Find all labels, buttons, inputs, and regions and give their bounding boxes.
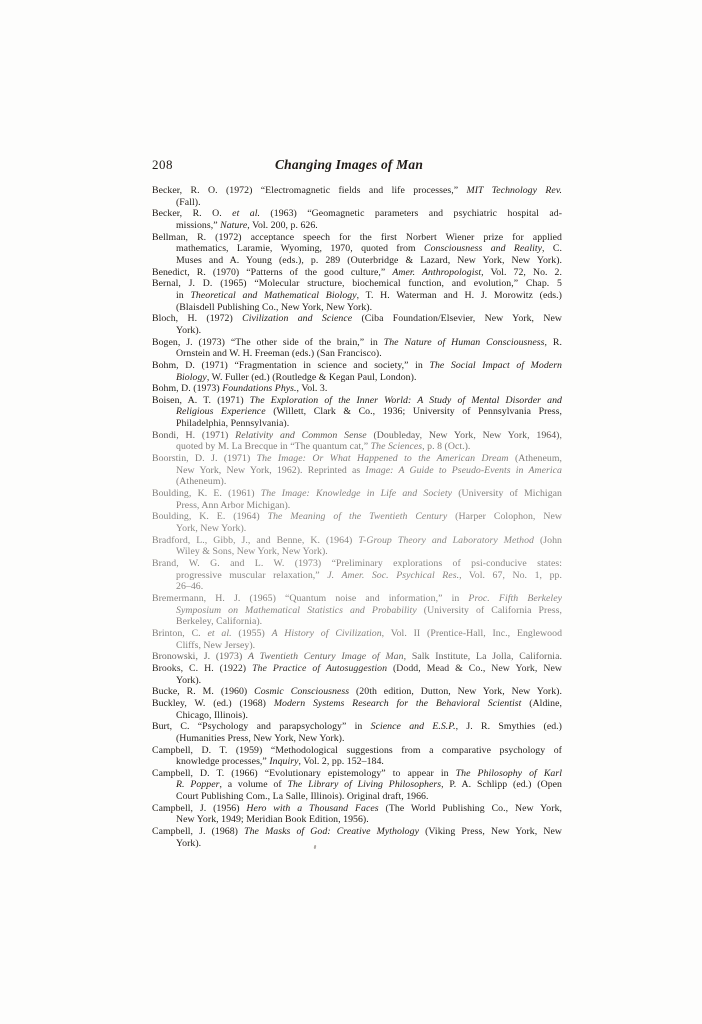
reference-line: in Theoretical and Mathematical Biology,… xyxy=(152,290,562,302)
reference-text-segment: Burt, C. “Psychology and parapsychology”… xyxy=(152,721,371,732)
reference-line: Press, Ann Arbor Michigan). xyxy=(152,500,562,512)
reference-text-segment: Brooks, C. H. (1922) xyxy=(152,663,252,674)
reference-text-segment: , Vol. 3. xyxy=(297,383,328,394)
reference-line: R. Popper, a volume of The Library of Li… xyxy=(152,779,562,791)
reference-text-segment: , Vol. 2, pp. 152–184. xyxy=(299,756,384,767)
reference-line: Brooks, C. H. (1922) The Practice of Aut… xyxy=(152,663,562,675)
reference-title-segment: The Social Impact of Modern xyxy=(429,360,562,371)
reference-text-segment: Chicago, Illinois). xyxy=(176,710,248,721)
reference-line: Bogen, J. (1973) “The other side of the … xyxy=(152,337,562,349)
reference-text-segment: Benedict, R. (1970) “Patterns of the goo… xyxy=(152,267,392,278)
reference-line: Bohm, D. (1971) “Fragmentation in scienc… xyxy=(152,360,562,372)
reference-text-segment: Bremermann, H. J. (1965) “Quantum noise … xyxy=(152,593,468,604)
reference-text-segment: in xyxy=(176,290,190,301)
reference-line: Bradford, L., Gibb, J., and Benne, K. (1… xyxy=(152,535,562,547)
reference-text-segment: Ornstein and W. H. Freeman (eds.) (San F… xyxy=(176,348,382,359)
reference-line: New York, 1949; Meridian Book Edition, 1… xyxy=(152,814,562,826)
reference-text-segment: Berkeley, California). xyxy=(176,616,262,627)
reference-text-segment: (Ciba Foundation/Elsevier, New York, New xyxy=(352,313,562,324)
reference-title-segment: The Exploration of the Inner World: A St… xyxy=(250,395,562,406)
page-header: 208 Changing Images of Man xyxy=(152,157,562,173)
reference-title-segment: Amer. Anthropologist xyxy=(392,267,481,278)
reference-text-segment: quoted by M. La Brecque in “The quantum … xyxy=(176,441,371,452)
reference-text-segment: New York, New York, 1962). Reprinted as xyxy=(176,465,365,476)
reference-text-segment: Brinton, C. xyxy=(152,628,207,639)
reference-text-segment: knowledge processes,” xyxy=(176,756,269,767)
reference-text-segment: York). xyxy=(176,325,201,336)
reference-text-segment: Bohm, D. (1971) “Fragmentation in scienc… xyxy=(152,360,429,371)
reference-line: 26–46. xyxy=(152,581,562,593)
reference-text-segment: Philadelphia, Pennsylvania). xyxy=(176,418,289,429)
reference-text-segment: Cliffs, New Jersey). xyxy=(176,640,255,651)
reference-text-segment: , Salk Institute, La Jolla, California. xyxy=(404,651,562,662)
reference-line: Chicago, Illinois). xyxy=(152,710,562,722)
reference-title-segment: The Meaning of the Twentieth Century xyxy=(268,511,448,522)
reference-line: Biology, W. Fuller (ed.) (Routledge & Ke… xyxy=(152,372,562,384)
reference-text-segment: 26–46. xyxy=(176,581,203,592)
reference-text-segment: Campbell, D. T. (1966) “Evolutionary epi… xyxy=(152,768,456,779)
reference-line: Burt, C. “Psychology and parapsychology”… xyxy=(152,721,562,733)
reference-line: Bremermann, H. J. (1965) “Quantum noise … xyxy=(152,593,562,605)
reference-line: Brand, W. G. and L. W. (1973) “Prelimina… xyxy=(152,558,562,570)
reference-line: York). xyxy=(152,838,562,850)
reference-text-segment: York, New York). xyxy=(176,523,246,534)
reference-text-segment: Buckley, W. (ed.) (1968) xyxy=(152,698,274,709)
reference-line: Buckley, W. (ed.) (1968) Modern Systems … xyxy=(152,698,562,710)
reference-text-segment: Press, Ann Arbor Michigan). xyxy=(176,500,290,511)
reference-title-segment: Symposium on Mathematical Statistics and… xyxy=(176,605,417,616)
reference-title-segment: The Image: Knowledge in Life and Society xyxy=(261,488,452,499)
reference-line: York). xyxy=(152,675,562,687)
reference-text-segment: (Aldine, xyxy=(521,698,562,709)
reference-title-segment: Biology xyxy=(176,372,207,383)
reference-line: New York, New York, 1962). Reprinted as … xyxy=(152,465,562,477)
reference-title-segment: The Nature of Human Consciousness xyxy=(384,337,545,348)
reference-line: missions,” Nature, Vol. 200, p. 626. xyxy=(152,220,562,232)
reference-text-segment: (The World Publishing Co., New York, xyxy=(379,803,562,814)
reference-text-segment: (Blaisdell Publishing Co., New York, New… xyxy=(176,302,372,313)
reference-text-segment: Bellman, R. (1972) acceptance speech for… xyxy=(152,232,562,243)
reference-text-segment: (Atheneum). xyxy=(176,476,226,487)
reference-text-segment: progressive muscular relaxation,” xyxy=(176,570,327,581)
reference-text-segment: Boisen, A. T. (1971) xyxy=(152,395,250,406)
reference-line: (Blaisdell Publishing Co., New York, New… xyxy=(152,302,562,314)
reference-text-segment: , p. 8 (Oct.). xyxy=(422,441,470,452)
reference-line: Campbell, J. (1968) The Masks of God: Cr… xyxy=(152,826,562,838)
reference-text-segment: Bogen, J. (1973) “The other side of the … xyxy=(152,337,384,348)
reference-line: Becker, R. O. (1972) “Electromagnetic fi… xyxy=(152,185,562,197)
reference-title-segment: Inquiry xyxy=(269,756,298,767)
reference-text-segment: Campbell, J. (1956) xyxy=(152,803,246,814)
reference-line: (Humanities Press, New York, New York). xyxy=(152,733,562,745)
reference-line: Boulding, K. E. (1964) The Meaning of th… xyxy=(152,511,562,523)
reference-text-segment: , W. Fuller (ed.) (Routledge & Kegan Pau… xyxy=(207,372,417,383)
reference-title-segment: A Twentieth Century Image of Man xyxy=(248,651,404,662)
reference-line: Bronowski, J. (1973) A Twentieth Century… xyxy=(152,651,562,663)
reference-line: Campbell, J. (1956) Hero with a Thousand… xyxy=(152,803,562,815)
reference-title-segment: Civilization and Science xyxy=(242,313,352,324)
reference-line: Symposium on Mathematical Statistics and… xyxy=(152,605,562,617)
reference-title-segment: Proc. Fifth Berkeley xyxy=(468,593,562,604)
reference-text-segment: Muses and A. Young (eds.), p. 289 (Outer… xyxy=(176,255,562,266)
references-list: Becker, R. O. (1972) “Electromagnetic fi… xyxy=(152,185,562,849)
reference-text-segment: , Vol. 72, No. 2. xyxy=(481,267,562,278)
reference-line: York, New York). xyxy=(152,523,562,535)
reference-line: Philadelphia, Pennsylvania). xyxy=(152,418,562,430)
reference-line: Brinton, C. et al. (1955) A History of C… xyxy=(152,628,562,640)
reference-line: Bucke, R. M. (1960) Cosmic Consciousness… xyxy=(152,686,562,698)
reference-text-segment: (University of California Press, xyxy=(417,605,562,616)
reference-line: York). xyxy=(152,325,562,337)
reference-text-segment: (Humanities Press, New York, New York). xyxy=(176,733,345,744)
reference-title-segment: Science and E.S.P. xyxy=(371,721,456,732)
reference-title-segment: Cosmic Consciousness xyxy=(254,686,349,697)
reference-text-segment: Brand, W. G. and L. W. (1973) “Prelimina… xyxy=(152,558,562,569)
reference-line: Campbell, D. T. (1966) “Evolutionary epi… xyxy=(152,768,562,780)
reference-text-segment: , J. R. Smythies (ed.) xyxy=(456,721,562,732)
reference-line: Ornstein and W. H. Freeman (eds.) (San F… xyxy=(152,348,562,360)
reference-text-segment: (Atheneum, xyxy=(509,453,562,464)
reference-title-segment: Religious Experience xyxy=(176,406,266,417)
reference-text-segment: (1955) xyxy=(232,628,272,639)
reference-title-segment: The Philosophy of Karl xyxy=(456,768,562,779)
reference-line: mathematics, Laramie, Wyoming, 1970, quo… xyxy=(152,243,562,255)
reference-line: Court Publishing Com., La Salle, Illinoi… xyxy=(152,791,562,803)
reference-text-segment: Becker, R. O. xyxy=(152,208,232,219)
reference-text-segment: (20th edition, Dutton, New York, New Yor… xyxy=(349,686,562,697)
reference-title-segment: The Masks of God: Creative Mythology xyxy=(244,826,419,837)
reference-text-segment: York). xyxy=(176,675,201,686)
reference-line: Boisen, A. T. (1971) The Exploration of … xyxy=(152,395,562,407)
reference-text-segment: Bondi, H. (1971) xyxy=(152,430,235,441)
reference-text-segment: Bucke, R. M. (1960) xyxy=(152,686,254,697)
reference-line: Campbell, D. T. (1959) “Methodological s… xyxy=(152,745,562,757)
reference-line: quoted by M. La Brecque in “The quantum … xyxy=(152,441,562,453)
reference-text-segment: Boulding, K. E. (1964) xyxy=(152,511,268,522)
reference-title-segment: A History of Civilization xyxy=(272,628,382,639)
reference-title-segment: et al. xyxy=(232,208,260,219)
reference-text-segment: , C. xyxy=(542,243,562,254)
reference-line: progressive muscular relaxation,” J. Ame… xyxy=(152,570,562,582)
reference-line: Benedict, R. (1970) “Patterns of the goo… xyxy=(152,267,562,279)
reference-title-segment: R. Popper xyxy=(176,779,219,790)
reference-line: Boulding, K. E. (1961) The Image: Knowle… xyxy=(152,488,562,500)
reference-text-segment: (Willett, Clark & Co., 1936; University … xyxy=(266,406,562,417)
reference-text-segment: Bloch, H. (1972) xyxy=(152,313,242,324)
reference-text-segment: Court Publishing Com., La Salle, Illinoi… xyxy=(176,791,429,802)
reference-title-segment: Foundations Phys. xyxy=(222,383,296,394)
reference-text-segment: , T. H. Waterman and H. J. Morowitz (eds… xyxy=(357,290,562,301)
reference-line: knowledge processes,” Inquiry, Vol. 2, p… xyxy=(152,756,562,768)
reference-title-segment: The Library of Living Philosophers xyxy=(287,779,441,790)
reference-text-segment: Bronowski, J. (1973) xyxy=(152,651,248,662)
reference-line: Bloch, H. (1972) Civilization and Scienc… xyxy=(152,313,562,325)
reference-title-segment: J. Amer. Soc. Psychical Res. xyxy=(327,570,459,581)
reference-text-segment: (1963) “Geomagnetic parameters and psych… xyxy=(260,208,562,219)
reference-line: (Fall). xyxy=(152,197,562,209)
reference-text-segment: (Dodd, Mead & Co., New York, New xyxy=(387,663,562,674)
reference-line: Bernal, J. D. (1965) “Molecular structur… xyxy=(152,278,562,290)
reference-title-segment: Consciousness and Reality xyxy=(424,243,542,254)
reference-title-segment: The Sciences xyxy=(371,441,422,452)
reference-title-segment: et al. xyxy=(207,628,231,639)
reference-title-segment: MIT Technology Rev. xyxy=(466,185,562,196)
running-title: Changing Images of Man xyxy=(144,157,554,172)
reference-line: Becker, R. O. et al. (1963) “Geomagnetic… xyxy=(152,208,562,220)
reference-line: Muses and A. Young (eds.), p. 289 (Outer… xyxy=(152,255,562,267)
reference-text-segment: , Vol. II (Prentice-Hall, Inc., Englewoo… xyxy=(382,628,562,639)
reference-text-segment: Bradford, L., Gibb, J., and Benne, K. (1… xyxy=(152,535,358,546)
reference-title-segment: Nature xyxy=(220,220,247,231)
reference-text-segment: (University of Michigan xyxy=(452,488,562,499)
reference-text-segment: Boorstin, D. J. (1971) xyxy=(152,453,257,464)
reference-text-segment: (Viking Press, New York, New xyxy=(419,826,562,837)
reference-text-segment: Campbell, D. T. (1959) “Methodological s… xyxy=(152,745,562,756)
reference-text-segment: Bohm, D. (1973) xyxy=(152,383,222,394)
reference-text-segment: (Harper Colophon, New xyxy=(447,511,562,522)
reference-text-segment: (Doubleday, New York, New York, 1964), xyxy=(367,430,562,441)
reference-text-segment: Becker, R. O. (1972) “Electromagnetic fi… xyxy=(152,185,466,196)
reference-text-segment: missions,” xyxy=(176,220,220,231)
reference-line: Boorstin, D. J. (1971) The Image: Or Wha… xyxy=(152,453,562,465)
reference-text-segment: Boulding, K. E. (1961) xyxy=(152,488,261,499)
scanned-book-page: 208 Changing Images of Man Becker, R. O.… xyxy=(0,0,702,1024)
reference-line: Cliffs, New Jersey). xyxy=(152,640,562,652)
reference-line: Wiley & Sons, New York, New York). xyxy=(152,546,562,558)
reference-title-segment: The Practice of Autosuggestion xyxy=(252,663,387,674)
reference-line: Religious Experience (Willett, Clark & C… xyxy=(152,406,562,418)
reference-title-segment: T-Group Theory and Laboratory Method xyxy=(358,535,534,546)
reference-text-segment: , a volume of xyxy=(219,779,287,790)
reference-text-segment: Campbell, J. (1968) xyxy=(152,826,244,837)
reference-text-segment: , Vol. 200, p. 626. xyxy=(247,220,318,231)
reference-title-segment: Theoretical and Mathematical Biology xyxy=(190,290,356,301)
reference-line: Bondi, H. (1971) Relativity and Common S… xyxy=(152,430,562,442)
reference-text-segment: New York, 1949; Meridian Book Edition, 1… xyxy=(176,814,369,825)
reference-line: Berkeley, California). xyxy=(152,616,562,628)
reference-text-segment: Wiley & Sons, New York, New York). xyxy=(176,546,328,557)
reference-text-segment: Bernal, J. D. (1965) “Molecular structur… xyxy=(152,278,562,289)
reference-line: (Atheneum). xyxy=(152,476,562,488)
reference-text-segment: , Vol. 67, No. 1, pp. xyxy=(459,570,562,581)
reference-text-segment: (John xyxy=(534,535,562,546)
reference-text-segment: mathematics, Laramie, Wyoming, 1970, quo… xyxy=(176,243,424,254)
reference-text-segment: York). xyxy=(176,838,201,849)
reference-text-segment: , R. xyxy=(545,337,563,348)
reference-title-segment: Image: A Guide to Pseudo-Events in Ameri… xyxy=(365,465,562,476)
reference-title-segment: Relativity and Common Sense xyxy=(235,430,367,441)
reference-title-segment: Hero with a Thousand Faces xyxy=(246,803,378,814)
reference-title-segment: Modern Systems Research for the Behavior… xyxy=(274,698,522,709)
reference-line: Bohm, D. (1973) Foundations Phys., Vol. … xyxy=(152,383,562,395)
reference-line: Bellman, R. (1972) acceptance speech for… xyxy=(152,232,562,244)
reference-title-segment: The Image: Or What Happened to the Ameri… xyxy=(257,453,509,464)
reference-text-segment: (Fall). xyxy=(176,197,201,208)
reference-text-segment: , P. A. Schlipp (ed.) (Open xyxy=(441,779,562,790)
